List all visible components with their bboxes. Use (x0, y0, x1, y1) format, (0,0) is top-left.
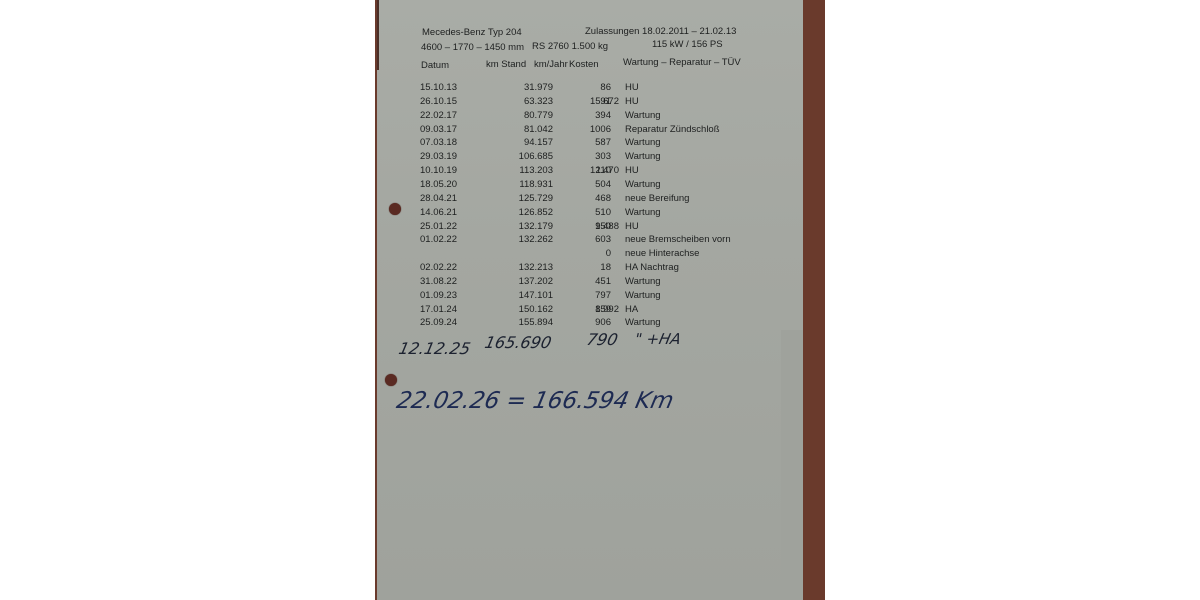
vehicle-model: Mecedes-Benz Typ 204 (422, 27, 522, 38)
row-cost: 451 (581, 276, 611, 287)
row-date: 02.02.22 (420, 262, 457, 273)
row-cost: 468 (581, 193, 611, 204)
table-row: 17.01.24150.1628.992159HA (377, 304, 803, 317)
handwritten-cost-1: 790 (585, 330, 620, 349)
vehicle-power: 115 kW / 156 PS (652, 39, 723, 50)
row-date: 14.06.21 (420, 207, 457, 218)
row-cost: 394 (581, 110, 611, 121)
column-header-cost: Kosten (569, 59, 599, 70)
table-row: 28.04.21125.729468neue Bereifung (377, 193, 803, 206)
row-date: 15.10.13 (420, 82, 457, 93)
table-row: 25.09.24155.894906Wartung (377, 317, 803, 330)
row-date: 01.09.23 (420, 290, 457, 301)
row-description: HU (625, 221, 639, 232)
row-cost: 159 (581, 304, 611, 315)
table-row: 02.02.22132.21318HA Nachtrag (377, 262, 803, 275)
punch-hole (385, 374, 397, 386)
row-date: 28.04.21 (420, 193, 457, 204)
row-date: 25.09.24 (420, 317, 457, 328)
row-date: 01.02.22 (420, 234, 457, 245)
vehicle-code-weight: RS 2760 1.500 kg (532, 41, 608, 52)
row-km: 132.213 (497, 262, 553, 273)
table-row: 29.03.19106.685303Wartung (377, 151, 803, 164)
row-km: 137.202 (497, 276, 553, 287)
row-cost: 18 (581, 262, 611, 273)
row-km: 126.852 (497, 207, 553, 218)
row-description: Wartung (625, 179, 661, 190)
handwritten-description-1: " +HA (633, 330, 683, 348)
row-km: 106.685 (497, 151, 553, 162)
row-description: Wartung (625, 151, 661, 162)
table-row: 25.01.22132.1799.488150HU (377, 221, 803, 234)
document-photo: Mecedes-Benz Typ 204 Zulassungen 18.02.2… (375, 0, 825, 600)
row-description: Wartung (625, 207, 661, 218)
row-description: Wartung (625, 290, 661, 301)
row-km: 132.262 (497, 234, 553, 245)
row-date: 18.05.20 (420, 179, 457, 190)
row-description: Wartung (625, 276, 661, 287)
row-cost: 0 (581, 248, 611, 259)
row-cost: 150 (581, 221, 611, 232)
row-description: neue Bremscheiben vorn (625, 234, 731, 245)
paper-fill (781, 330, 803, 600)
row-km: 125.729 (497, 193, 553, 204)
column-header-km-per-year: km/Jahr (534, 59, 568, 70)
row-cost: 91 (581, 96, 611, 107)
row-cost: 797 (581, 290, 611, 301)
row-cost: 110 (581, 165, 611, 176)
paper-edge-shadow (377, 0, 379, 70)
row-km: 155.894 (497, 317, 553, 328)
row-date: 10.10.19 (420, 165, 457, 176)
row-date: 29.03.19 (420, 151, 457, 162)
row-cost: 303 (581, 151, 611, 162)
row-description: Wartung (625, 317, 661, 328)
column-header-km: km Stand (486, 59, 526, 70)
vehicle-dimensions: 4600 – 1770 – 1450 mm (421, 42, 524, 53)
row-km: 31.979 (497, 82, 553, 93)
row-description: neue Bereifung (625, 193, 689, 204)
table-row: 10.10.19113.20312.470110HU (377, 165, 803, 178)
row-date: 25.01.22 (420, 221, 457, 232)
table-row: 01.02.22132.262603neue Bremscheiben vorn (377, 234, 803, 247)
table-row: 15.10.1331.97986HU (377, 82, 803, 95)
row-description: Wartung (625, 137, 661, 148)
row-cost: 587 (581, 137, 611, 148)
row-date: 17.01.24 (420, 304, 457, 315)
row-km: 80.779 (497, 110, 553, 121)
handwritten-date-1: 12.12.25 (397, 339, 472, 358)
row-description: HU (625, 96, 639, 107)
row-km: 94.157 (497, 137, 553, 148)
row-description: Reparatur Zündschloß (625, 124, 720, 135)
row-description: HU (625, 82, 639, 93)
registration-dates: Zulassungen 18.02.2011 – 21.02.13 (585, 26, 736, 37)
row-km: 81.042 (497, 124, 553, 135)
row-km: 147.101 (497, 290, 553, 301)
row-cost: 906 (581, 317, 611, 328)
table-row: 0neue Hinterachse (377, 248, 803, 261)
punch-hole (389, 203, 401, 215)
table-row: 22.02.1780.779394Wartung (377, 110, 803, 123)
row-cost: 1006 (581, 124, 611, 135)
row-cost: 510 (581, 207, 611, 218)
column-header-date: Datum (421, 60, 449, 71)
row-description: HA (625, 304, 638, 315)
row-date: 26.10.15 (420, 96, 457, 107)
row-date: 07.03.18 (420, 137, 457, 148)
handwritten-km-1: 165.690 (483, 333, 553, 352)
table-row: 26.10.1563.32315.67291HU (377, 96, 803, 109)
row-date: 31.08.22 (420, 276, 457, 287)
table-row: 14.06.21126.852510Wartung (377, 207, 803, 220)
row-description: HU (625, 165, 639, 176)
row-description: neue Hinterachse (625, 248, 699, 259)
row-cost: 603 (581, 234, 611, 245)
table-row: 31.08.22137.202451Wartung (377, 276, 803, 289)
table-row: 09.03.1781.0421006Reparatur Zündschloß (377, 124, 803, 137)
row-cost: 86 (581, 82, 611, 93)
table-row: 07.03.1894.157587Wartung (377, 137, 803, 150)
row-km: 118.931 (497, 179, 553, 190)
table-row: 18.05.20118.931504Wartung (377, 179, 803, 192)
row-description: Wartung (625, 110, 661, 121)
paper-sheet: Mecedes-Benz Typ 204 Zulassungen 18.02.2… (377, 0, 803, 600)
column-header-description: Wartung – Reparatur – TÜV (623, 57, 741, 68)
row-description: HA Nachtrag (625, 262, 679, 273)
table-row: 01.09.23147.101797Wartung (377, 290, 803, 303)
row-date: 22.02.17 (420, 110, 457, 121)
row-date: 09.03.17 (420, 124, 457, 135)
row-cost: 504 (581, 179, 611, 190)
handwritten-entry-2: 22.02.26 = 166.594 Km (394, 388, 676, 414)
